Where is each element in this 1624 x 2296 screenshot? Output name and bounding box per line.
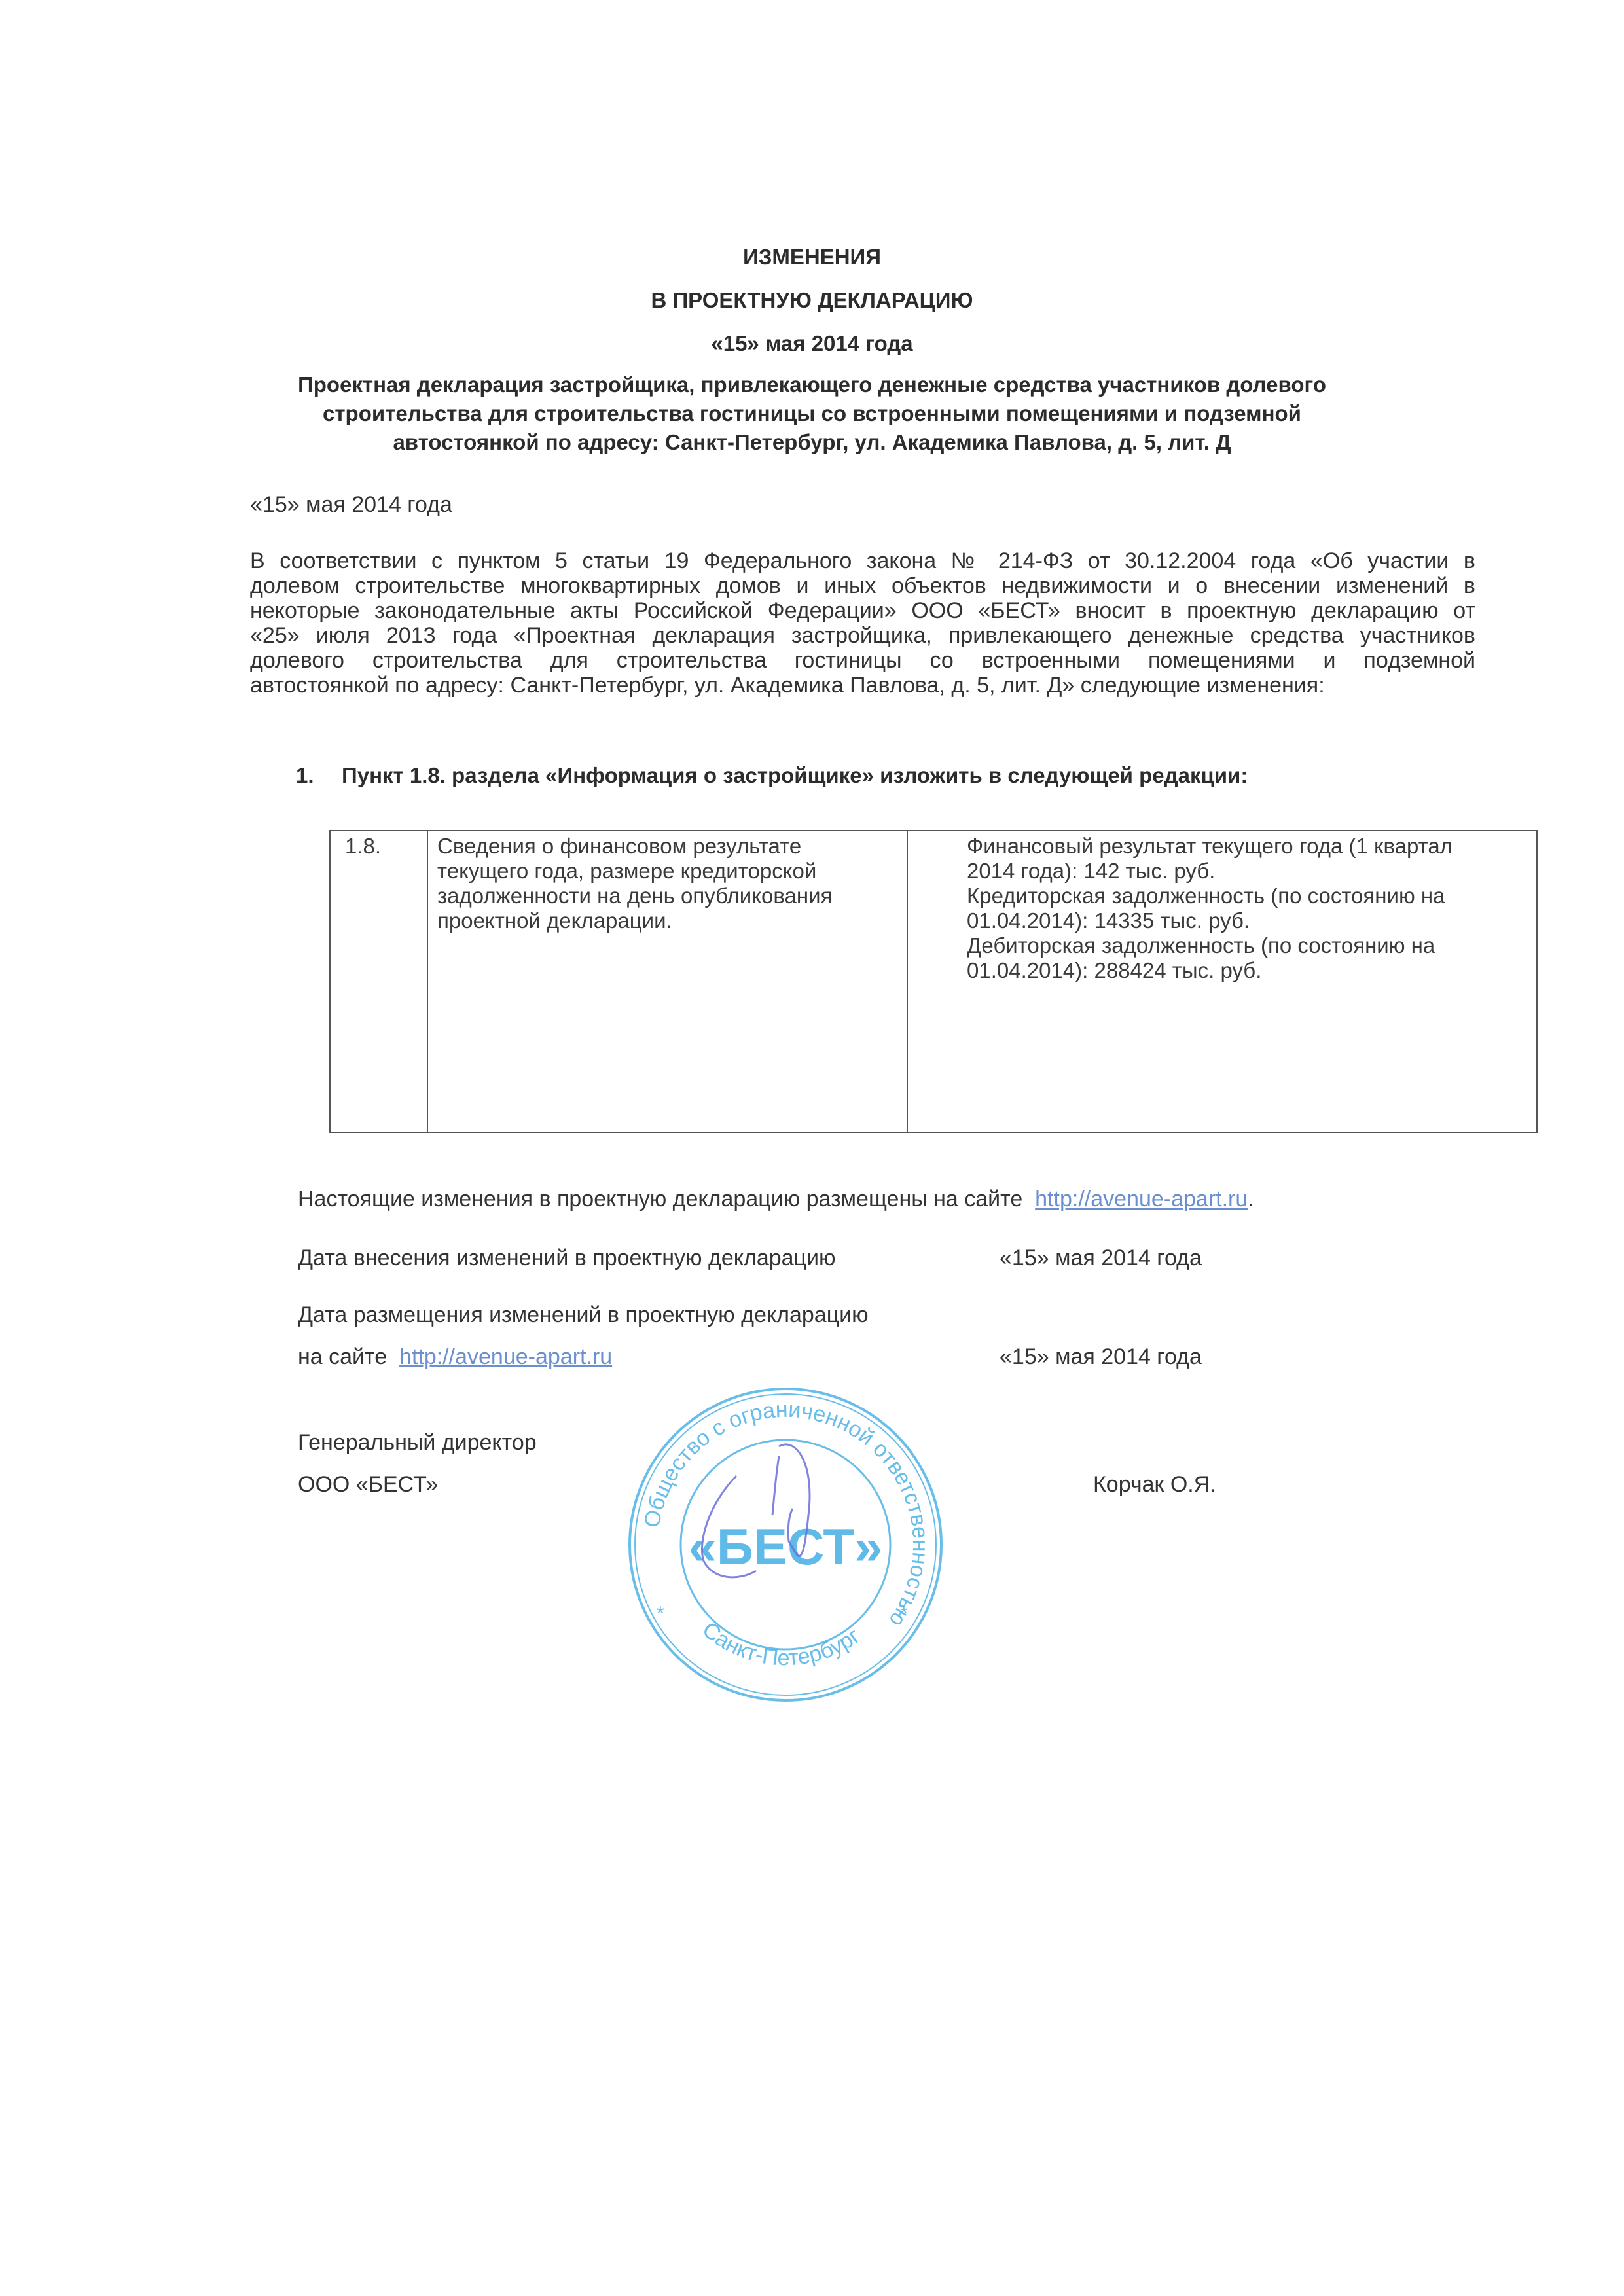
intro-paragraph: В соответствии с пунктом 5 статьи 19 Фед… — [250, 548, 1475, 698]
intro-line: некоторые законодательные акты Российско… — [250, 598, 1475, 623]
svg-text:Общество с ограниченной ответс: Общество с ограниченной ответственностью — [640, 1397, 933, 1632]
site-link[interactable]: http://avenue-apart.ru — [1035, 1187, 1248, 1211]
posted-text: Настоящие изменения в проектную декларац… — [298, 1187, 1022, 1211]
date-changes-value: «15» мая 2014 года — [1000, 1246, 1202, 1271]
date-posting-label-2: на сайте http://avenue-apart.ru — [298, 1344, 612, 1370]
stamp-outer-text: Общество с ограниченной ответственностью — [640, 1397, 933, 1632]
posted-line: Настоящие изменения в проектную декларац… — [298, 1187, 1254, 1212]
date-posting-label: Дата размещения изменений в проектную де… — [298, 1302, 869, 1328]
value-line: 01.04.2014): 288424 тыс. руб. — [967, 958, 1527, 983]
doc-subtitle: В ПРОЕКТНУЮ ДЕКЛАРАЦИЮ — [0, 288, 1624, 313]
description-line: задолженности на день опубликования — [437, 884, 897, 908]
doc-heading-line-3: автостоянкой по адресу: Санкт-Петербург,… — [0, 428, 1624, 457]
cell-value: Финансовый результат текущего года (1 кв… — [907, 831, 1537, 1132]
value-line: Финансовый результат текущего года (1 кв… — [967, 834, 1527, 859]
intro-line: долевого строительства для строительства… — [250, 648, 1475, 673]
signer-company: ООО «БЕСТ» — [298, 1472, 438, 1498]
intro-line: автостоянкой по адресу: Санкт-Петербург,… — [250, 673, 1475, 698]
description-line: Сведения о финансовом результате — [437, 834, 897, 859]
signer-position: Генеральный директор — [298, 1430, 537, 1456]
value-line: Кредиторская задолженность (по состоянию… — [967, 884, 1527, 908]
signer-name: Корчак О.Я. — [1093, 1472, 1216, 1498]
svg-text:*: * — [657, 1603, 664, 1624]
description-line: текущего года, размере кредиторской — [437, 859, 897, 884]
intro-line: В соответствии с пунктом 5 статьи 19 Фед… — [250, 548, 1475, 573]
date-line: «15» мая 2014 года — [250, 492, 452, 518]
value-line: 01.04.2014): 14335 тыс. руб. — [967, 908, 1527, 933]
list-item-1: 1.Пункт 1.8. раздела «Информация о застр… — [296, 763, 1248, 788]
company-stamp-icon: Общество с ограниченной ответственностью… — [625, 1384, 946, 1705]
doc-title: ИЗМЕНЕНИЯ — [0, 245, 1624, 270]
date-posting-value: «15» мая 2014 года — [1000, 1344, 1202, 1370]
svg-text:*: * — [900, 1603, 908, 1624]
site-link-2[interactable]: http://avenue-apart.ru — [399, 1344, 612, 1369]
doc-heading-line-2: строительства для строительства гостиниц… — [0, 399, 1624, 428]
table-row: 1.8. Сведения о финансовом результате те… — [330, 831, 1537, 1132]
intro-line: долевом строительстве многоквартирных до… — [250, 573, 1475, 598]
doc-title-date: «15» мая 2014 года — [0, 331, 1624, 356]
intro-line: «25» июля 2013 года «Проектная деклараци… — [250, 623, 1475, 648]
info-table: 1.8. Сведения о финансовом результате те… — [329, 830, 1538, 1133]
stamp-bottom-text: Санкт-Петербург — [698, 1617, 865, 1671]
stamp-center-text: «БЕСТ» — [689, 1518, 883, 1575]
date-changes-label: Дата внесения изменений в проектную декл… — [298, 1246, 836, 1271]
cell-code: 1.8. — [330, 831, 427, 1132]
svg-text:Санкт-Петербург: Санкт-Петербург — [698, 1617, 865, 1671]
list-item-number: 1. — [296, 763, 342, 788]
date-posting-site-label: на сайте — [298, 1344, 387, 1369]
doc-heading-line-1: Проектная декларация застройщика, привле… — [0, 370, 1624, 399]
posted-suffix: . — [1248, 1187, 1254, 1211]
value-line: Дебиторская задолженность (по состоянию … — [967, 933, 1527, 958]
description-line: проектной декларации. — [437, 908, 897, 933]
list-item-text: Пункт 1.8. раздела «Информация о застрой… — [342, 763, 1248, 787]
cell-description: Сведения о финансовом результате текущег… — [427, 831, 907, 1132]
value-line: 2014 года): 142 тыс. руб. — [967, 859, 1527, 884]
